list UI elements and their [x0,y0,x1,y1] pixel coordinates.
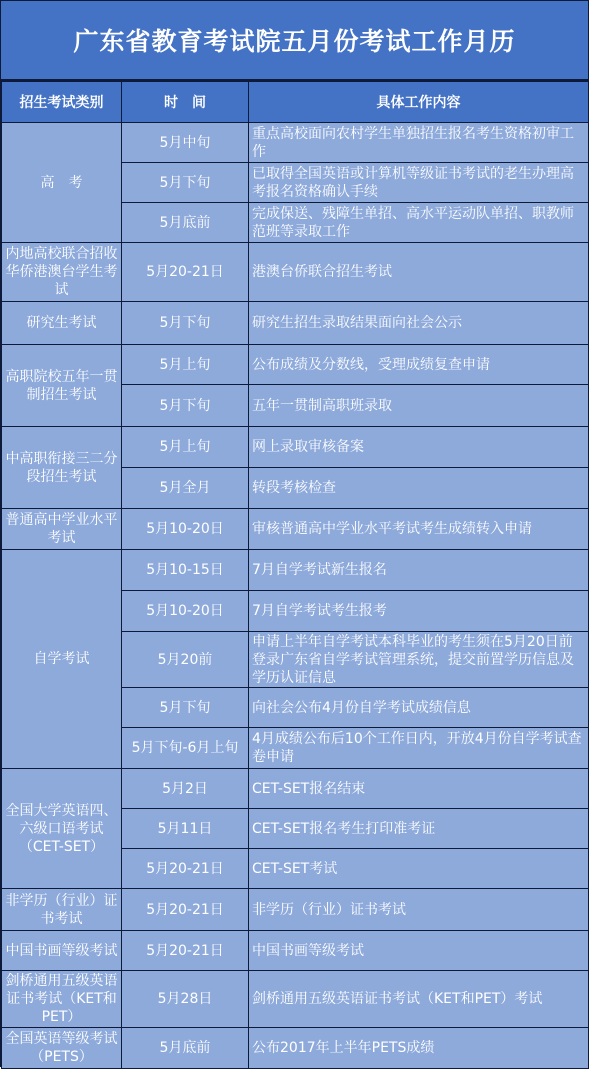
category-cell: 全国英语等级考试（PETS） [2,1028,122,1069]
calendar-table: 招生考试类别 时 间 具体工作内容 高 考5月中旬重点高校面向农村学生单独招生报… [1,81,589,1069]
content-cell: CET-SET报名结束 [249,769,589,809]
content-cell: 完成保送、残障生单招、高水平运动队单招、职教师范班等录取工作 [249,203,589,243]
content-cell: 非学历（行业）证书考试 [249,889,589,931]
time-cell: 5月10-15日 [122,550,249,591]
table-body: 高 考5月中旬重点高校面向农村学生单独招生报名考生资格初审工作5月下旬已取得全国… [2,123,589,1069]
table-row: 全国大学英语四、六级口语考试（CET-SET）5月2日CET-SET报名结束 [2,769,589,809]
content-cell: 剑桥通用五级英语证书考试（KET和PET）考试 [249,971,589,1028]
time-cell: 5月20-21日 [122,931,249,971]
column-header-category: 招生考试类别 [2,82,122,123]
time-cell: 5月下旬 [122,302,249,345]
content-cell: 审核普通高中学业水平考试考生成绩转入申请 [249,509,589,550]
table-row: 中国书画等级考试5月20-21日中国书画等级考试 [2,931,589,971]
time-cell: 5月上旬 [122,427,249,468]
content-cell: CET-SET报名考生打印准考证 [249,809,589,849]
time-cell: 5月11日 [122,809,249,849]
table-row: 自学考试5月10-15日7月自学考试新生报名 [2,550,589,591]
time-cell: 5月下旬 [122,688,249,728]
table-row: 剑桥通用五级英语证书考试（KET和PET）5月28日剑桥通用五级英语证书考试（K… [2,971,589,1028]
content-cell: 公布2017年上半年PETS成绩 [249,1028,589,1069]
column-header-time: 时 间 [122,82,249,123]
calendar-sheet: 广东省教育考试院五月份考试工作月历 招生考试类别 时 间 具体工作内容 高 考5… [0,0,589,1067]
category-cell: 中国书画等级考试 [2,931,122,971]
time-cell: 5月下旬 [122,385,249,427]
table-row: 全国英语等级考试（PETS）5月底前公布2017年上半年PETS成绩 [2,1028,589,1069]
category-cell: 内地高校联合招收华侨港澳台学生考试 [2,243,122,302]
content-cell: 重点高校面向农村学生单独招生报名考生资格初审工作 [249,123,589,163]
time-cell: 5月20-21日 [122,849,249,889]
content-cell: 公布成绩及分数线，受理成绩复查申请 [249,345,589,385]
time-cell: 5月20-21日 [122,889,249,931]
table-header-row: 招生考试类别 时 间 具体工作内容 [2,82,589,123]
category-cell: 非学历（行业）证书考试 [2,889,122,931]
table-row: 非学历（行业）证书考试5月20-21日非学历（行业）证书考试 [2,889,589,931]
time-cell: 5月底前 [122,1028,249,1069]
time-cell: 5月上旬 [122,345,249,385]
content-cell: 已取得全国英语或计算机等级证书考试的老生办理高考报名资格确认手续 [249,163,589,203]
table-row: 高职院校五年一贯制招生考试5月上旬公布成绩及分数线，受理成绩复查申请 [2,345,589,385]
content-cell: 7月自学考试新生报名 [249,550,589,591]
content-cell: 研究生招生录取结果面向社会公示 [249,302,589,345]
content-cell: 五年一贯制高职班录取 [249,385,589,427]
time-cell: 5月2日 [122,769,249,809]
content-cell: CET-SET考试 [249,849,589,889]
time-cell: 5月20前 [122,632,249,688]
table-row: 高 考5月中旬重点高校面向农村学生单独招生报名考生资格初审工作 [2,123,589,163]
content-cell: 港澳台侨联合招生考试 [249,243,589,302]
category-cell: 自学考试 [2,550,122,769]
table-row: 内地高校联合招收华侨港澳台学生考试5月20-21日港澳台侨联合招生考试 [2,243,589,302]
category-cell: 研究生考试 [2,302,122,345]
category-cell: 高 考 [2,123,122,243]
category-cell: 全国大学英语四、六级口语考试（CET-SET） [2,769,122,889]
table-row: 中高职衔接三二分段招生考试5月上旬网上录取审核备案 [2,427,589,468]
content-cell: 7月自学考试考生报考 [249,591,589,632]
content-cell: 向社会公布4月份自学考试成绩信息 [249,688,589,728]
content-cell: 申请上半年自学考试本科毕业的考生须在5月20日前登录广东省自学考试管理系统，提交… [249,632,589,688]
time-cell: 5月20-21日 [122,243,249,302]
category-cell: 普通高中学业水平考试 [2,509,122,550]
category-cell: 中高职衔接三二分段招生考试 [2,427,122,509]
time-cell: 5月下旬-6月上旬 [122,728,249,769]
category-cell: 剑桥通用五级英语证书考试（KET和PET） [2,971,122,1028]
time-cell: 5月10-20日 [122,509,249,550]
time-cell: 5月中旬 [122,123,249,163]
content-cell: 中国书画等级考试 [249,931,589,971]
time-cell: 5月28日 [122,971,249,1028]
time-cell: 5月下旬 [122,163,249,203]
time-cell: 5月10-20日 [122,591,249,632]
content-cell: 网上录取审核备案 [249,427,589,468]
table-row: 研究生考试5月下旬研究生招生录取结果面向社会公示 [2,302,589,345]
content-cell: 转段考核检查 [249,468,589,509]
table-row: 普通高中学业水平考试5月10-20日审核普通高中学业水平考试考生成绩转入申请 [2,509,589,550]
page-title: 广东省教育考试院五月份考试工作月历 [1,1,588,81]
column-header-content: 具体工作内容 [249,82,589,123]
time-cell: 5月全月 [122,468,249,509]
content-cell: 4月成绩公布后10个工作日内，开放4月份自学考试查卷申请 [249,728,589,769]
time-cell: 5月底前 [122,203,249,243]
category-cell: 高职院校五年一贯制招生考试 [2,345,122,427]
